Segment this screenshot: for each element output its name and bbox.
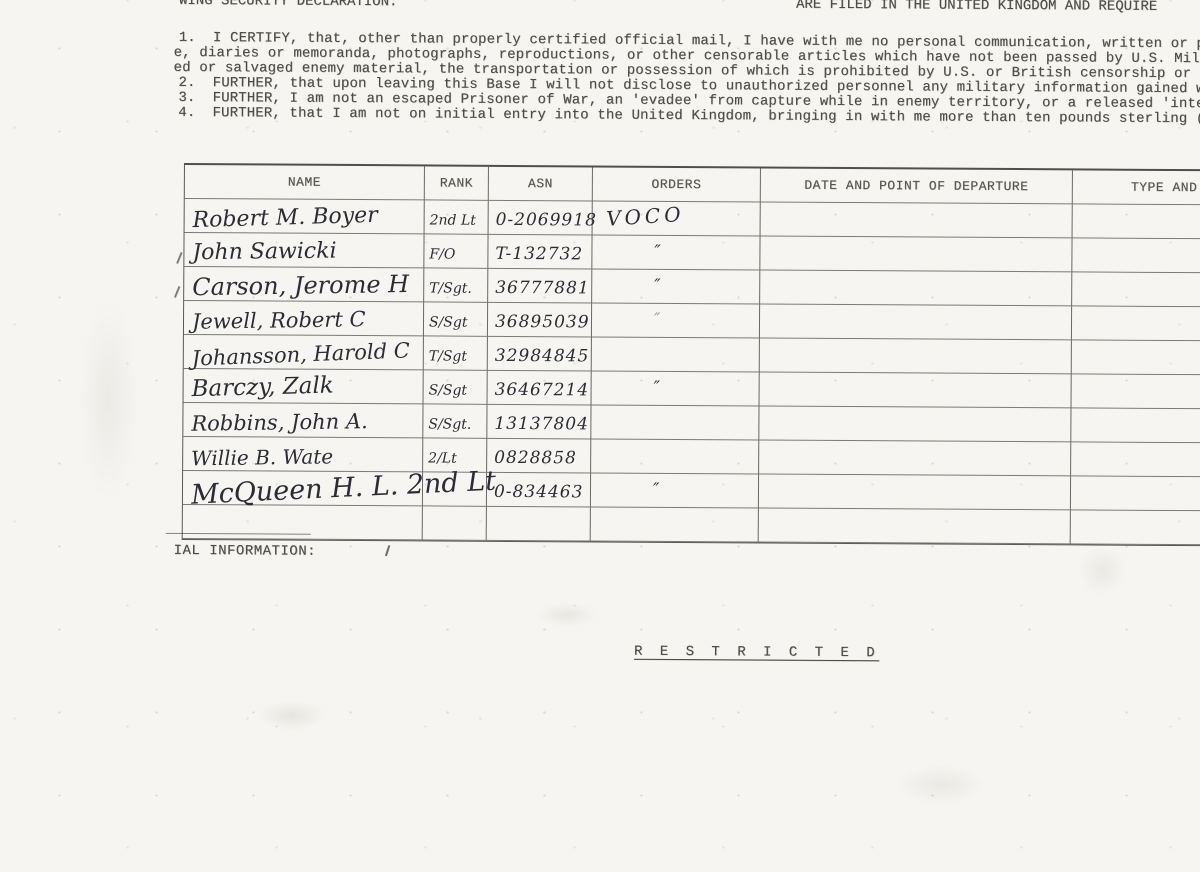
rank-entry: 2nd Lt [425,213,476,233]
column-header-type: TYPE AND [1131,180,1198,195]
asn-entry: 36467214 [488,382,590,405]
signature-name [183,535,191,538]
orders-entry: ″ [592,311,661,336]
departure-cell [759,440,1071,476]
column-header-departure: DATE AND POINT OF DEPARTURE [804,178,1028,194]
orders-entry [591,532,653,540]
asn-entry [487,535,494,540]
signature-name: Jewell, Robert C [184,309,366,336]
rank-entry: T/Sgt. [424,281,472,301]
departure-cell [761,202,1073,238]
asn-entry: 36895039 [488,314,590,337]
departure-cell [759,474,1071,510]
signature-name: Barczy, Zalk [183,375,334,405]
asn-entry: 0-2069918 [489,212,597,235]
column-header-asn: ASN [528,176,553,191]
signature-name: Robbins, John A. [183,411,368,438]
orders-entry: ″ [592,379,661,404]
rank-entry: T/Sgt [424,349,467,369]
restricted-stamp: R E S T R I C T E D [634,644,879,661]
top-right-text-fragment: ARE FILED IN THE UNITED KINGDOM AND REQU… [796,0,1157,15]
departure-cell [760,372,1072,408]
departure-cell [760,338,1072,374]
certification-paragraphs: 1. I CERTIFY, that, other than properly … [178,31,1200,127]
departure-cell [759,508,1071,544]
departure-cell [760,270,1072,306]
orders-entry: ″ [592,277,661,302]
type-cell [1072,238,1200,274]
orders-entry: ″ [592,243,661,268]
type-cell [1071,510,1200,546]
type-cell [1073,204,1200,240]
type-cell [1072,340,1200,376]
scan-smudge [78,299,139,499]
asn-entry: 32984845 [488,348,590,371]
signature-name: Johansson, Harold C [183,340,410,372]
rank-entry: S/Sgt [424,383,468,403]
type-cell [1071,408,1200,444]
type-cell [1072,272,1200,308]
departure-cell [759,406,1071,442]
scanned-document-sheet: WING SECURITY DECLARATION: ARE FILED IN … [0,0,1200,872]
table-row [183,505,1200,547]
pen-slash-mark [385,545,390,556]
pen-tick-mark [176,252,182,264]
scan-smudge [1077,545,1127,595]
type-cell [1071,476,1200,512]
orders-entry [591,464,653,472]
pen-tick-mark [174,286,180,298]
orders-entry: ″ [591,481,660,506]
type-cell [1071,442,1200,478]
column-header-name: NAME [288,175,321,190]
signature-name: Willie B. Wate [183,446,333,471]
departure-cell [760,304,1072,340]
asn-entry: T-132732 [488,246,583,269]
rank-entry: S/Sgt [424,315,468,335]
column-header-orders: ORDERS [651,177,701,192]
rank-entry: S/Sgt. [423,417,471,437]
asn-entry: 36777881 [488,280,590,303]
rank-entry: F/O [424,247,455,267]
scan-smudge [537,602,597,627]
scan-smudge [257,700,327,730]
column-header-rank: RANK [440,176,473,191]
personnel-table: NAME RANK ASN ORDERS DATE AND POINT OF D… [182,163,1200,548]
asn-entry: 0828858 [487,450,577,473]
special-information-label: IAL INFORMATION: [174,543,317,560]
orders-entry: VOCO [592,204,686,238]
asn-entry: 13137804 [487,416,589,439]
type-cell [1071,374,1200,410]
signature-name: John Sawicki [184,241,336,268]
orders-entry [591,430,653,438]
type-cell [1072,306,1200,342]
asn-entry: 0-834463 [487,484,584,507]
wing-security-declaration-heading: WING SECURITY DECLARATION: [179,0,398,10]
signature-name: Carson, Jerome H [184,272,409,302]
departure-cell [760,236,1072,272]
orders-entry [592,362,654,370]
rank-entry [423,533,428,539]
scan-smudge [896,764,986,805]
signature-name: Robert M. Boyer [184,205,378,236]
